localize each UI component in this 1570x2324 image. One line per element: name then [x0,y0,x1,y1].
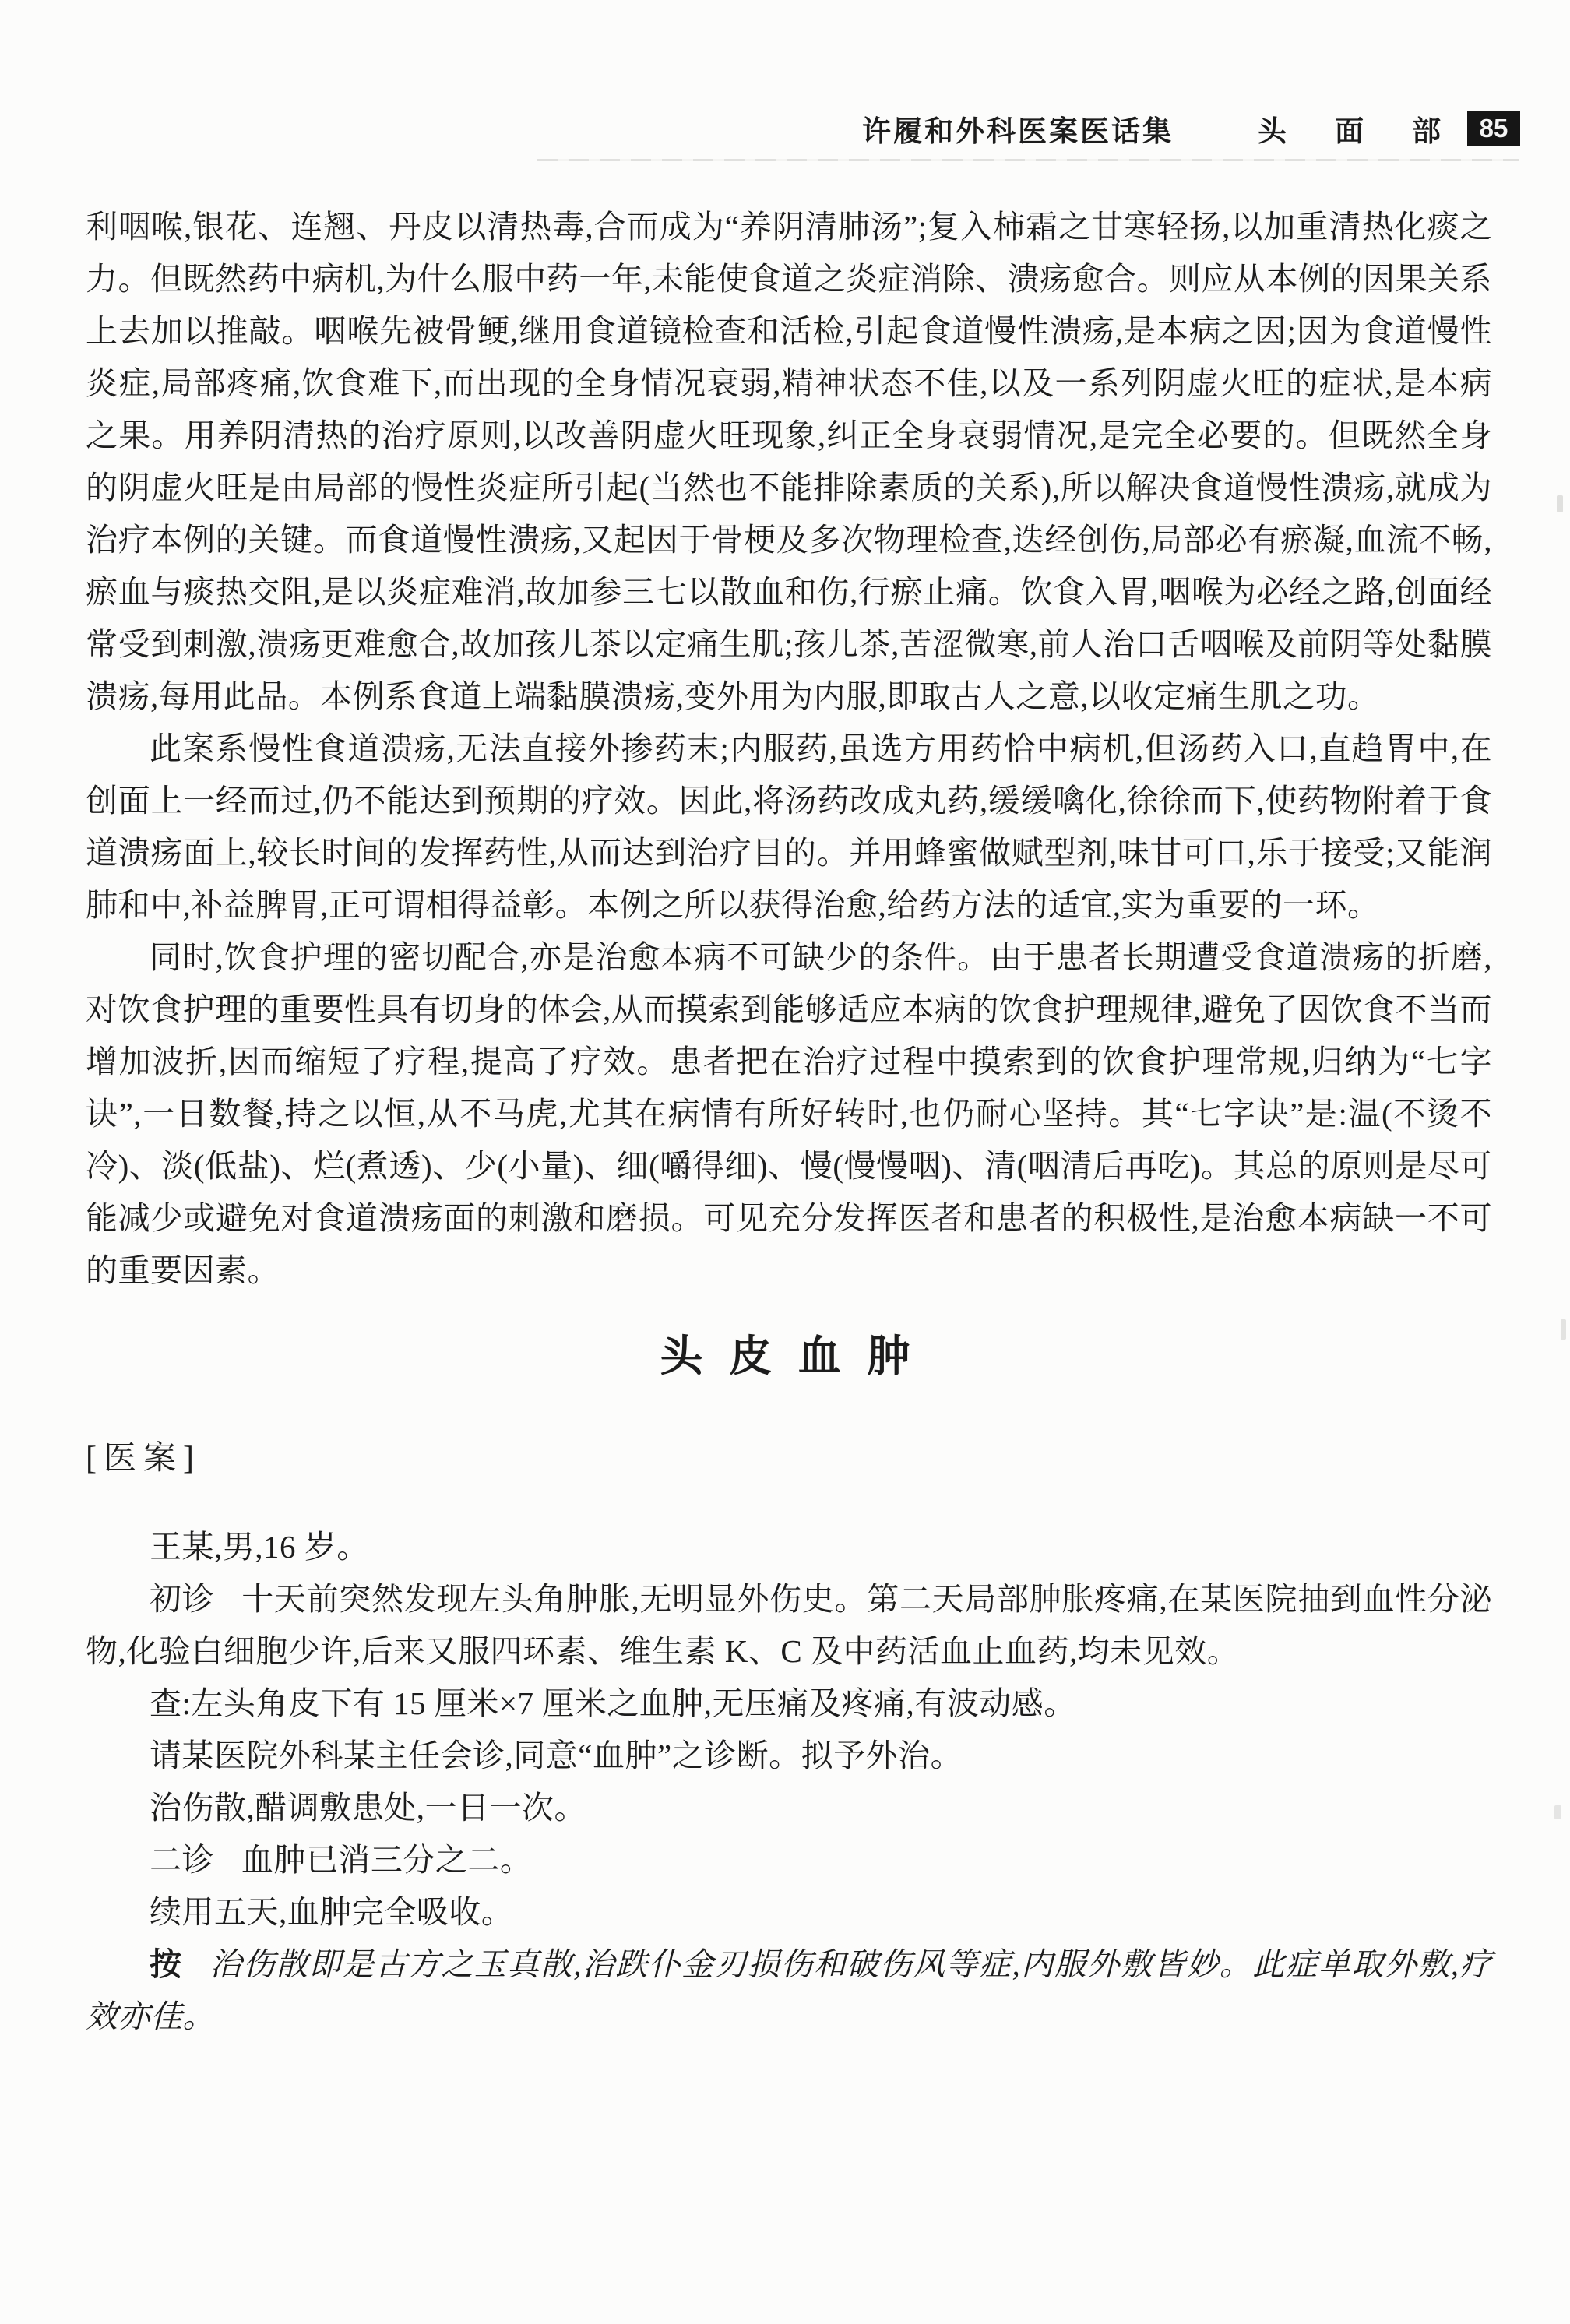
case-record: 王某,男,16 岁。 初诊十天前突然发现左头角肿胀,无明显外伤史。第二天局部肿胀… [86,1521,1492,2043]
note-text: 治伤散即是古方之玉真散,治跌仆金刃损伤和破伤风等症,内服外敷皆妙。此症单取外敷,… [86,1946,1492,2034]
second-visit-text: 血肿已消三分之二。 [241,1842,533,1878]
patient-info-line: 王某,男,16 岁。 [86,1521,1492,1573]
book-page: 许履和外科医案医话集 头 面 部 85 利咽喉,银花、连翘、丹皮以清热毒,合而成… [0,0,1570,2324]
consult-line: 请某医院外科某主任会诊,同意“血肿”之诊断。拟予外治。 [86,1730,1492,1782]
scan-artifact [1561,1319,1566,1340]
running-header: 许履和外科医案医话集 头 面 部 85 [862,107,1520,150]
first-visit-label: 初诊 [150,1581,214,1617]
discussion-paragraph: 此案系慢性食道溃疡,无法直接外掺药末;内服药,虽选方用药恰中病机,但汤药入口,直… [86,723,1492,931]
discussion-paragraph: 利咽喉,银花、连翘、丹皮以清热毒,合而成为“养阴清肺汤”;复入柿霜之甘寒轻扬,以… [86,201,1492,723]
scan-artifact [1557,495,1563,512]
discussion-paragraph: 同时,饮食护理的密切配合,亦是治愈本病不可缺少的条件。由于患者长期遭受食道溃疡的… [86,931,1492,1297]
header-divider [537,159,1519,161]
note-line: 按治伤散即是古方之玉真散,治跌仆金刃损伤和破伤风等症,内服外敷皆妙。此症单取外敷… [86,1938,1492,2043]
text-column: 利咽喉,银花、连翘、丹皮以清热毒,合而成为“养阴清肺汤”;复入柿霜之甘寒轻扬,以… [86,201,1492,2043]
note-label: 按 [150,1946,182,1982]
treatment-line: 治伤散,醋调敷患处,一日一次。 [86,1782,1492,1834]
page-number-badge: 85 [1467,111,1520,146]
section-char: 面 [1335,107,1364,150]
section-name: 头 面 部 [1209,107,1441,150]
section-title: 头 皮 血 肿 [86,1332,1492,1382]
first-visit-line: 初诊十天前突然发现左头角肿胀,无明显外伤史。第二天局部肿胀疼痛,在某医院抽到血性… [86,1573,1492,1678]
second-visit-line: 二诊血肿已消三分之二。 [86,1834,1492,1886]
scan-artifact [1554,1805,1561,1819]
second-visit-label: 二诊 [150,1842,214,1878]
exam-line: 查:左头角皮下有 15 厘米×7 厘米之血肿,无压痛及疼痛,有波动感。 [86,1678,1492,1730]
section-char: 头 [1258,107,1287,150]
followup-line: 续用五天,血肿完全吸收。 [86,1886,1492,1938]
first-visit-text: 十天前突然发现左头角肿胀,无明显外伤史。第二天局部肿胀疼痛,在某医院抽到血性分泌… [86,1581,1492,1669]
section-char: 部 [1412,107,1441,150]
case-record-label: [医案] [86,1433,1492,1485]
book-title: 许履和外科医案医话集 [862,107,1174,150]
